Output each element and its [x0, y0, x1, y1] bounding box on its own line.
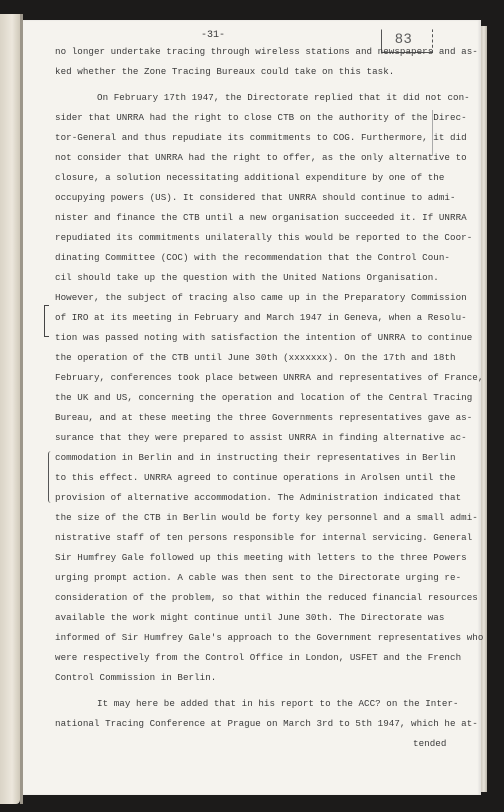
archive-stamp-number: 83	[395, 30, 413, 46]
text-line: However, the subject of tracing also cam…	[55, 292, 467, 303]
text-line: consideration of the problem, so that wi…	[55, 592, 478, 603]
text-line: Bureau, and at these meeting the three G…	[55, 412, 472, 423]
text-line: urging prompt action. A cable was then s…	[55, 572, 461, 583]
text-line: nistrative staff of ten persons responsi…	[55, 532, 472, 543]
text-line: were respectively from the Control Offic…	[55, 652, 461, 663]
text-line: repudiated its commitments unilaterally …	[55, 232, 472, 243]
page-stack-edge	[481, 26, 487, 792]
text-line: of IRO at its meeting in February and Ma…	[55, 312, 467, 323]
facing-page-edge	[0, 14, 20, 804]
text-line: sider that UNRRA had the right to close …	[55, 112, 467, 123]
text-line: On February 17th 1947, the Directorate r…	[97, 92, 470, 103]
text-line: Control Commission in Berlin.	[55, 672, 216, 683]
text-line: closure, a solution necessitating additi…	[55, 172, 444, 183]
margin-side-line	[48, 451, 55, 503]
text-line: tor-General and thus repudiate its commi…	[55, 132, 467, 143]
text-line: national Tracing Conference at Prague on…	[55, 718, 478, 729]
text-line: February, conferences took place between…	[55, 372, 483, 383]
text-line: dinating Committee (COC) with the recomm…	[55, 252, 450, 263]
text-line: the UK and US, concerning the operation …	[55, 392, 472, 403]
page-number: -31-	[201, 30, 225, 41]
text-line: It may here be added that in his report …	[97, 698, 459, 709]
continuation-word: tended	[413, 738, 446, 749]
margin-bracket-mark	[44, 305, 49, 337]
text-line: nister and finance the CTB until a new o…	[55, 212, 467, 223]
text-line: commodation in Berlin and in instructing…	[55, 452, 456, 463]
text-line: informed of Sir Humfrey Gale's approach …	[55, 632, 483, 643]
text-line: occupying powers (US). It considered tha…	[55, 192, 456, 203]
text-line: not consider that UNRRA had the right to…	[55, 152, 467, 163]
text-line: the operation of the CTB until June 30th…	[55, 352, 456, 363]
text-line: the size of the CTB in Berlin would be f…	[55, 512, 478, 523]
text-line: tion was passed noting with satisfaction…	[55, 332, 472, 343]
text-line: no longer undertake tracing through wire…	[55, 46, 478, 57]
text-line: ked whether the Zone Tracing Bureaux cou…	[55, 66, 394, 77]
text-line: surance that they were prepared to assis…	[55, 432, 467, 443]
text-line: provision of alternative accommodation. …	[55, 492, 461, 503]
text-line: to this effect. UNRRA agreed to continue…	[55, 472, 456, 483]
text-line: Sir Humfrey Gale followed up this meetin…	[55, 552, 467, 563]
text-line: available the work might continue until …	[55, 612, 444, 623]
text-line: cil should take up the question with the…	[55, 272, 439, 283]
